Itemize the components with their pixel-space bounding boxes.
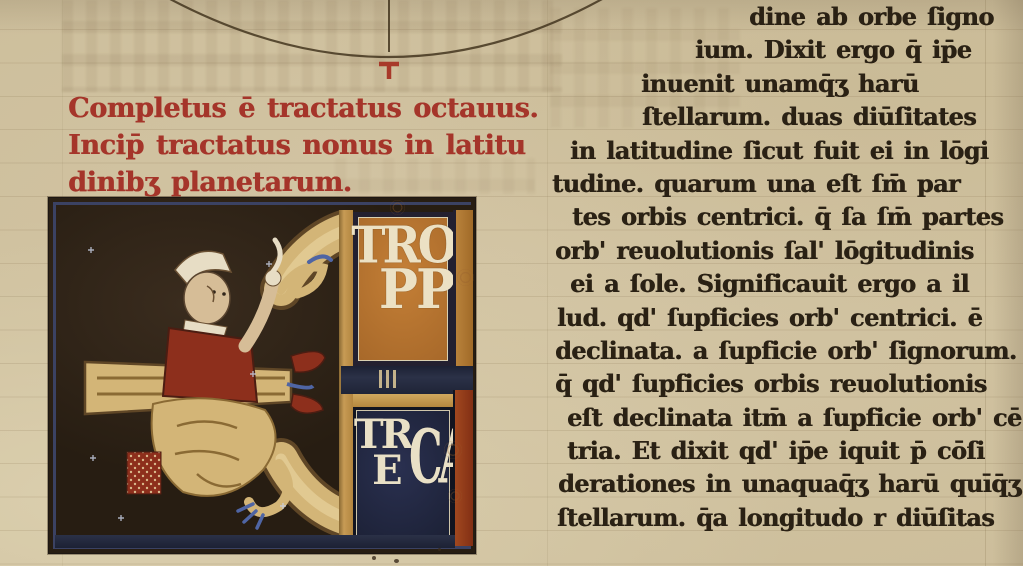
ink-speck [394, 559, 399, 563]
main-text-column: dine ab orbe ſigno ium. Dixit ergo q̄ ip… [552, 0, 1022, 534]
text-line: eſt declinata itm̄ a ſupficie orb' cē [567, 401, 1022, 434]
ink-speck [372, 556, 376, 560]
red-t-mark [379, 63, 399, 79]
ochre-border-strip [453, 210, 473, 368]
rubric-line: Incip̄ tractatus nonus in latitu [68, 127, 538, 164]
text-line: dine ab orbe ſigno [749, 0, 1022, 33]
navy-bottom-bar [55, 535, 455, 548]
red-border-strip [453, 390, 473, 546]
text-line: orb' reuolutionis ſal' lōgitudinis [555, 234, 1022, 267]
text-line: q̄ qd' ſupficies orbis reuolutionis [555, 367, 1022, 400]
rubric: Completus ē tractatus octauus. Incip̄ tr… [68, 90, 538, 201]
panel-letters: E [372, 454, 403, 488]
text-line: tes orbis centrici. q̄ ſa ſm̄ partes [572, 200, 1022, 233]
letters-panel-top: TRO PP [353, 212, 453, 366]
text-line: ei a ſole. Significauit ergo a il [570, 267, 1022, 300]
text-line: in latitudine ſicut fuit ei in lōgi [570, 134, 1022, 167]
rubric-line: Completus ē tractatus octauus. [68, 90, 538, 127]
manuscript-page: Completus ē tractatus octauus. Incip̄ tr… [0, 0, 1023, 566]
tick-mark [386, 370, 389, 388]
text-line: derationes in unaquaq̄ʒ harū quīq̄ʒ [558, 467, 1022, 500]
tan-frame-bar [353, 394, 453, 407]
text-line: ium. Dixit ergo q̄ ip̄e [695, 33, 1022, 66]
bleedthrough-text-area [62, 0, 562, 92]
text-line: tudine. quarum una eſt ſm̄ par [552, 167, 1022, 200]
rubric-line: dinibʒ planetarum. [68, 164, 538, 201]
tick-mark [379, 370, 382, 388]
illuminated-initial-E [57, 206, 339, 545]
panel-letters: PP [379, 268, 453, 313]
text-line: ſtellarum. duas diūſitates [642, 100, 1022, 133]
illuminated-initial-block: TRO PP TR E CA [48, 197, 476, 554]
vertical-ruling-center [547, 0, 548, 566]
tick-mark [393, 370, 396, 388]
text-line: lud. qd' ſupficies orb' centrici. ē [557, 301, 1022, 334]
text-line: tria. Et dixit qd' ip̄e iquit p̄ cōſi [567, 434, 1022, 467]
ink-speck [438, 548, 441, 551]
text-line: declinata. a ſupficie orb' ſignorum. [555, 334, 1022, 367]
text-line: ſtellarum. q̄a longitudo r diūſitas [557, 501, 1022, 534]
letters-panel-bottom: TR E CA [353, 407, 453, 540]
text-line: inuenit unamq̄ʒ harū [641, 67, 1022, 100]
